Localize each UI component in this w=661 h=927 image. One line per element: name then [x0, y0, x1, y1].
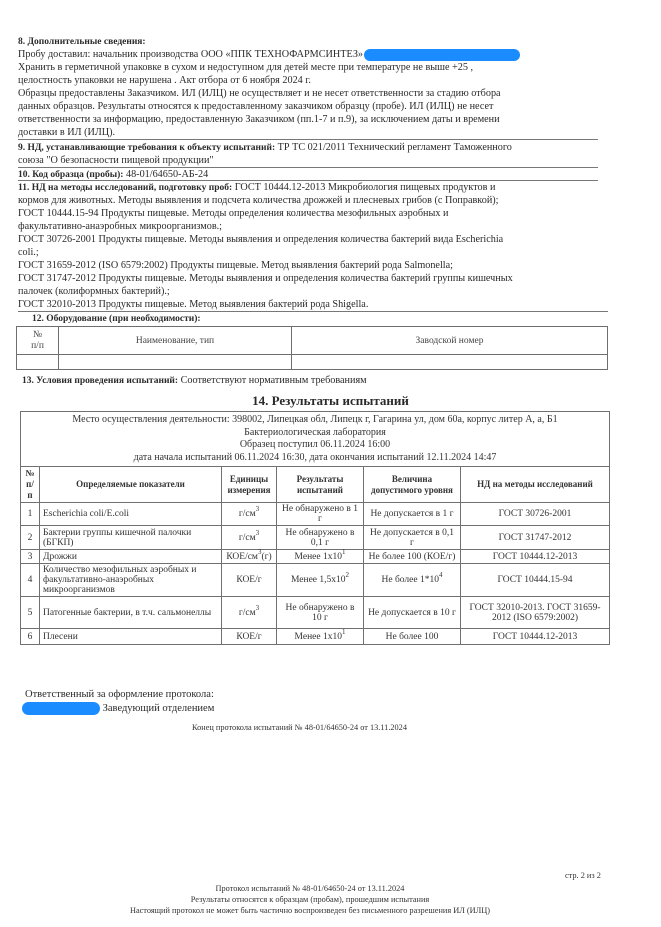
results-info: Место осуществления деятельности: 398002… — [21, 412, 610, 467]
unit-cell-unit-suffix: (г) — [261, 552, 271, 562]
test-dates: дата начала испытаний 06.11.2024 16:30, … — [25, 452, 605, 465]
results-row: 3ДрожжиКОЕ/см3(г)Менее 1x101Не более 100… — [21, 550, 610, 564]
page-number: стр. 2 из 2 — [565, 870, 601, 881]
sample-code: 48-01/64650-АБ-24 — [126, 169, 208, 180]
section-12-heading: 12. Оборудование (при необходимости): — [32, 313, 201, 326]
unit-cell-unit-sup: 3 — [256, 505, 260, 513]
indicator-cell-indicator: Escherichia coli/E.coli — [43, 509, 129, 519]
samples-line-4: доставки в ИЛ (ИЛЦ). — [18, 126, 115, 139]
section-11-line-8: ГОСТ 31747-2012 Продукты пищевые. Методы… — [18, 272, 513, 285]
unit-cell: КОЕ/г — [222, 564, 277, 597]
method-cell: ГОСТ 32010-2013. ГОСТ 31659-2012 (ISO 65… — [461, 597, 610, 629]
section-11-line-4: факультативно-анаэробных микроорганизмов… — [18, 220, 222, 233]
redacted-signatory — [22, 702, 100, 715]
equipment-cell — [59, 355, 292, 370]
footer-line-2: Результаты относятся к образцам (пробам)… — [0, 894, 620, 905]
limit-cell: Не более 100 — [364, 629, 461, 645]
limit-cell-limit: Не более 100 — [386, 632, 439, 642]
storage-line-2: целостность упаковки не нарушена . Акт о… — [18, 74, 311, 87]
method-cell-method: ГОСТ 31747-2012 — [499, 533, 572, 543]
result-cell-result: Не обнаружено в 0,1 г — [286, 528, 355, 548]
indicator-cell: Плесени — [40, 629, 222, 645]
results-row: 4Количество мезофильных аэробных и факул… — [21, 564, 610, 597]
section-13-label: 13. Условия проведения испытаний: — [22, 376, 178, 386]
indicator-cell: Бактерии группы кишечной палочки (БГКП) — [40, 526, 222, 550]
unit-cell: г/см3 — [222, 597, 277, 629]
results-table: Место осуществления деятельности: 398002… — [20, 411, 610, 645]
section-11-line-10: ГОСТ 32010-2013 Продукты пищевые. Метод … — [18, 298, 368, 311]
row-number: 1 — [21, 503, 40, 526]
unit-cell: КОЕ/см3(г) — [222, 550, 277, 564]
row-number-num: 1 — [28, 509, 33, 519]
signature-position: Заведующий отделением — [103, 703, 215, 714]
method-cell-method: ГОСТ 10444.15-94 — [497, 575, 572, 585]
section-11-line-7: ГОСТ 31659-2012 (ISO 6579:2002) Продукты… — [18, 259, 453, 272]
unit-cell-unit-sup: 3 — [256, 529, 260, 537]
row-number: 5 — [21, 597, 40, 629]
limit-cell: Не допускается в 10 г — [364, 597, 461, 629]
result-cell-result-sup: 2 — [346, 571, 350, 579]
signature-label: Ответственный за оформление протокола: — [25, 688, 214, 702]
indicator-cell: Количество мезофильных аэробных и факуль… — [40, 564, 222, 597]
equipment-cell — [292, 355, 608, 370]
signature-line: Заведующий отделением — [22, 702, 214, 716]
indicator-cell-indicator: Патогенные бактерии, в т.ч. сальмонеллы — [43, 608, 211, 618]
method-cell: ГОСТ 10444.12-2013 — [461, 629, 610, 645]
limit-cell: Не допускается в 0,1 г — [364, 526, 461, 550]
result-cell: Не обнаружено в 10 г — [277, 597, 364, 629]
limit-cell-limit: Не более 100 (КОЕ/г) — [369, 552, 456, 562]
row-number-num: 5 — [28, 608, 33, 618]
result-cell: Менее 1x101 — [277, 629, 364, 645]
result-cell-result: Не обнаружено в 1 г — [282, 504, 358, 524]
header-limit: Величина допустимого уровня — [364, 467, 461, 503]
indicator-cell-indicator: Плесени — [43, 632, 78, 642]
end-of-protocol-note: Конец протокола испытаний № 48-01/64650-… — [192, 723, 407, 732]
row-number: 6 — [21, 629, 40, 645]
unit-cell-unit: КОЕ/г — [236, 632, 261, 642]
equipment-col-serial: Заводской номер — [292, 327, 608, 355]
row-number-num: 2 — [28, 533, 33, 543]
unit-cell: КОЕ/г — [222, 629, 277, 645]
header-unit: Единицы измерения — [222, 467, 277, 503]
unit-cell-unit-sup: 3 — [256, 604, 260, 612]
limit-cell-limit-sup: 4 — [439, 571, 443, 579]
footer-line-1: Протокол испытаний № 48-01/64650-24 от 1… — [0, 883, 620, 894]
section-11-label: 11. НД на методы исследований, подготовк… — [18, 183, 232, 193]
indicator-cell: Дрожжи — [40, 550, 222, 564]
result-cell-result: Менее 1x10 — [295, 632, 342, 642]
row-number-num: 3 — [28, 552, 33, 562]
method-cell: ГОСТ 10444.15-94 — [461, 564, 610, 597]
section-11-line-3: ГОСТ 10444.15-94 Продукты пищевые. Метод… — [18, 207, 448, 220]
samples-line-3: ответственности за информацию, предостав… — [18, 113, 500, 126]
header-method: НД на методы исследований — [461, 467, 610, 503]
unit-cell: г/см3 — [222, 526, 277, 550]
redacted-name — [364, 49, 520, 61]
storage-line-1: Хранить в герметичной упаковке в сухом и… — [18, 61, 473, 74]
method-cell-method: ГОСТ 30726-2001 — [499, 509, 572, 519]
result-cell: Менее 1,5x102 — [277, 564, 364, 597]
num-abbr: п/п — [31, 341, 44, 351]
equipment-table: № п/п Наименование, тип Заводской номер — [16, 326, 608, 370]
section-9-value-2: союза "О безопасности пищевой продукции" — [18, 154, 214, 167]
limit-cell-limit: Не допускается в 0,1 г — [370, 528, 454, 548]
method-cell-method: ГОСТ 10444.12-2013 — [493, 632, 578, 642]
indicator-cell: Патогенные бактерии, в т.ч. сальмонеллы — [40, 597, 222, 629]
result-cell: Не обнаружено в 1 г — [277, 503, 364, 526]
divider — [18, 311, 608, 312]
method-cell-method: ГОСТ 10444.12-2013 — [493, 552, 578, 562]
equipment-cell — [17, 355, 59, 370]
samples-line-1: Образцы предоставлены Заказчиком. ИЛ (ИЛ… — [18, 87, 501, 100]
section-11-line-6: coli.; — [18, 246, 39, 259]
result-cell: Не обнаружено в 0,1 г — [277, 526, 364, 550]
header-num: № п/п — [21, 467, 40, 503]
section-10-label: 10. Код образца (пробы): — [18, 170, 123, 180]
section-11-line-1: 11. НД на методы исследований, подготовк… — [18, 181, 495, 195]
delivered-by-text: Пробу доставил: начальник производства О… — [18, 49, 363, 60]
limit-cell-limit: Не допускается в 1 г — [370, 509, 453, 519]
divider — [18, 139, 598, 140]
results-row: 6ПлесениКОЕ/гМенее 1x101Не более 100ГОСТ… — [21, 629, 610, 645]
row-number: 4 — [21, 564, 40, 597]
indicator-cell-indicator: Бактерии группы кишечной палочки (БГКП) — [43, 528, 191, 548]
row-number: 3 — [21, 550, 40, 564]
limit-cell: Не более 1*104 — [364, 564, 461, 597]
section-13-value: Соответствуют нормативным требованиям — [181, 375, 367, 386]
method-cell: ГОСТ 31747-2012 — [461, 526, 610, 550]
result-cell-result-sup: 1 — [342, 628, 346, 636]
section-11-line-2: кормов для животных. Методы выявления и … — [18, 194, 499, 207]
result-cell: Менее 1x101 — [277, 550, 364, 564]
result-cell-result: Менее 1,5x10 — [291, 575, 346, 585]
received-date: Образец поступил 06.11.2024 16:00 — [25, 439, 605, 452]
indicator-cell-indicator: Дрожжи — [43, 552, 77, 562]
section-14-heading: 14. Результаты испытаний — [0, 393, 661, 409]
unit-cell: г/см3 — [222, 503, 277, 526]
num-symbol: № — [33, 330, 42, 340]
header-indicator: Определяемые показатели — [40, 467, 222, 503]
unit-cell-unit: г/см — [239, 608, 256, 618]
row-number-num: 4 — [28, 575, 33, 585]
limit-cell: Не более 100 (КОЕ/г) — [364, 550, 461, 564]
equipment-col-name: Наименование, тип — [59, 327, 292, 355]
method-cell-method: ГОСТ 32010-2013. ГОСТ 31659-2012 (ISO 65… — [469, 603, 600, 623]
equipment-col-num: № п/п — [17, 327, 59, 355]
results-row: 2Бактерии группы кишечной палочки (БГКП)… — [21, 526, 610, 550]
results-row: 5Патогенные бактерии, в т.ч. сальмонеллы… — [21, 597, 610, 629]
indicator-cell: Escherichia coli/E.coli — [40, 503, 222, 526]
section-13: 13. Условия проведения испытаний: Соотве… — [22, 374, 367, 388]
samples-line-2: данных образцов. Результаты относятся к … — [18, 100, 493, 113]
footer-line-3: Настоящий протокол не может быть частичн… — [0, 905, 620, 916]
unit-cell-unit: г/см — [239, 533, 256, 543]
section-11-line-5: ГОСТ 30726-2001 Продукты пищевые. Методы… — [18, 233, 503, 246]
limit-cell: Не допускается в 1 г — [364, 503, 461, 526]
results-row: 1Escherichia coli/E.coliг/см3Не обнаруже… — [21, 503, 610, 526]
header-result: Результаты испытаний — [277, 467, 364, 503]
laboratory: Бактериологическая лаборатория — [25, 427, 605, 440]
results-body: 1Escherichia coli/E.coliг/см3Не обнаруже… — [21, 503, 610, 645]
indicator-cell-indicator: Количество мезофильных аэробных и факуль… — [43, 565, 196, 595]
section-11-line-9: палочек (колиформных бактерий).; — [18, 285, 170, 298]
unit-cell-unit: КОЕ/г — [236, 575, 261, 585]
section-11-text: ГОСТ 10444.12-2013 Микробиология пищевых… — [235, 182, 496, 193]
method-cell: ГОСТ 30726-2001 — [461, 503, 610, 526]
limit-cell-limit: Не допускается в 10 г — [368, 608, 456, 618]
result-cell-result-sup: 1 — [342, 548, 346, 556]
unit-cell-unit: КОЕ/см — [226, 552, 258, 562]
row-number: 2 — [21, 526, 40, 550]
section-9-label: 9. НД, устанавливающие требования к объе… — [18, 143, 275, 153]
row-number-num: 6 — [28, 632, 33, 642]
method-cell: ГОСТ 10444.12-2013 — [461, 550, 610, 564]
result-cell-result: Менее 1x10 — [295, 552, 342, 562]
limit-cell-limit: Не более 1*10 — [382, 575, 439, 585]
section-9-value-1: ТР ТС 021/2011 Технический регламент Там… — [278, 142, 512, 153]
unit-cell-unit: г/см — [239, 509, 256, 519]
section-9: 9. НД, устанавливающие требования к объе… — [18, 141, 512, 155]
location: Место осуществления деятельности: 398002… — [25, 414, 605, 427]
result-cell-result: Не обнаружено в 10 г — [286, 603, 355, 623]
delivered-by: Пробу доставил: начальник производства О… — [18, 48, 520, 61]
